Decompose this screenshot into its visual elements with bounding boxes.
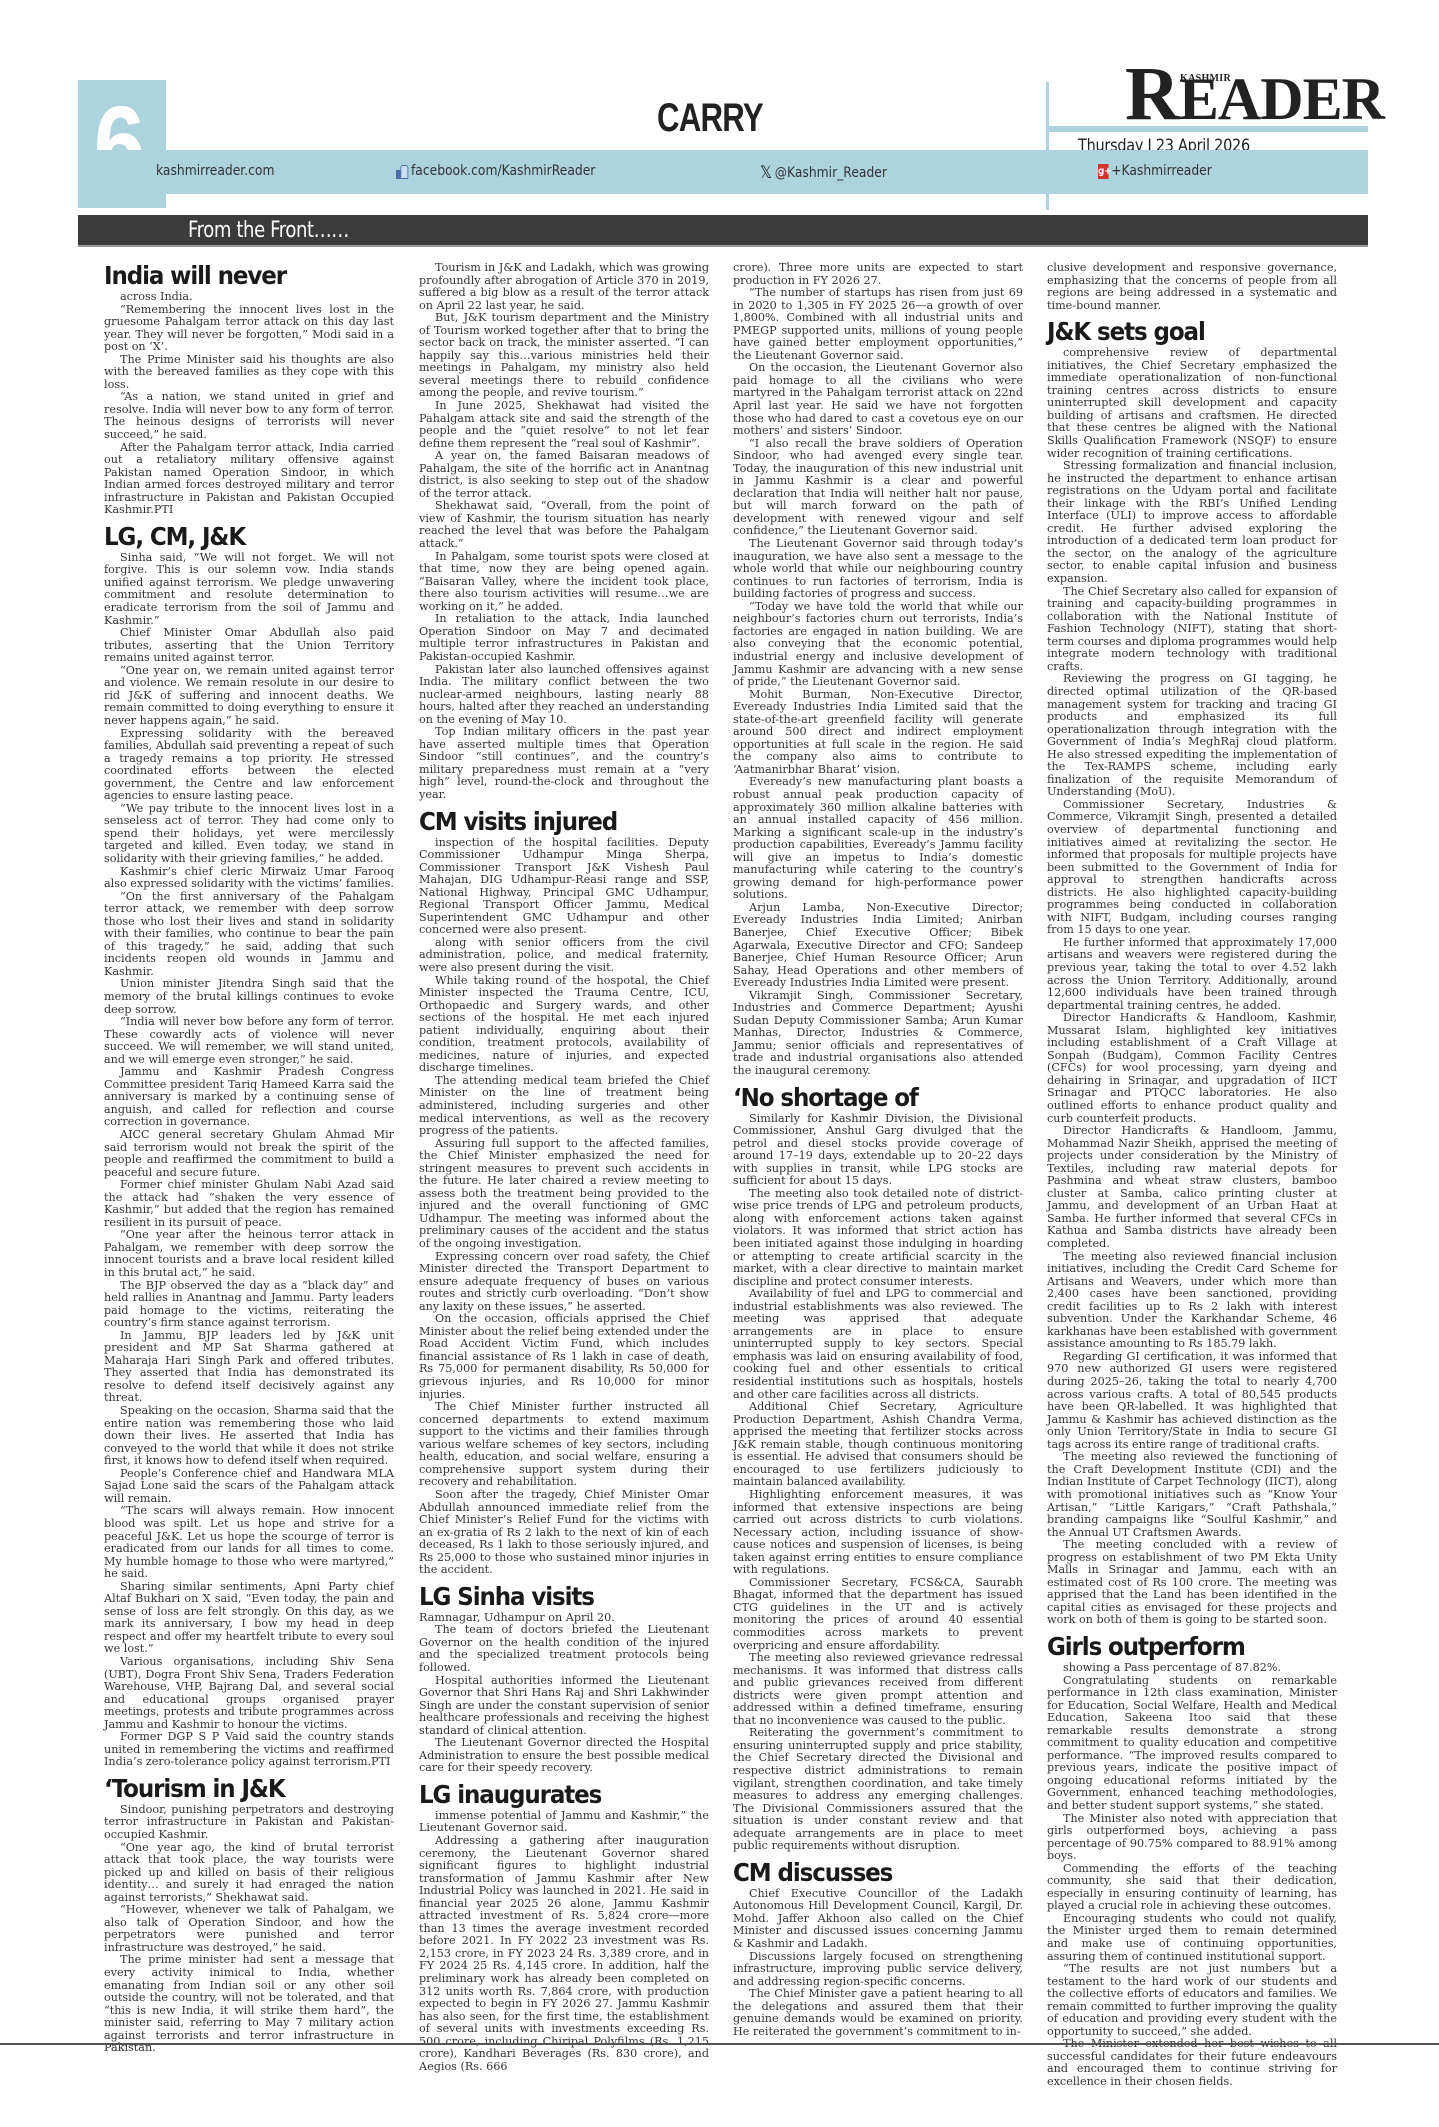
article-headline: ‘No shortage of (733, 1084, 1000, 1112)
article-paragraph: The Prime Minister said his thoughts are… (104, 354, 394, 392)
article-paragraph: Chief Executive Councillor of the Ladakh… (733, 1888, 1023, 1951)
article-paragraph: The Chief Minister further instructed al… (419, 1401, 709, 1489)
x-handle-label: @Kashmir_Reader (775, 165, 887, 181)
article-paragraph: “However, whenever we talk of Pahalgam, … (104, 1904, 394, 1954)
website-label: kashmirreader.com (156, 163, 274, 179)
article-paragraph: comprehensive review of departmental ini… (1047, 347, 1337, 460)
article-paragraph: People’s Conference chief and Handwara M… (104, 1468, 394, 1506)
facebook-label: facebook.com/KashmirReader (411, 163, 595, 179)
article-paragraph: Director Handicrafts & Handloom, Jammu, … (1047, 1125, 1337, 1250)
article-paragraph: Congratulating students on remarkable pe… (1047, 1675, 1337, 1813)
article-paragraph: immense potential of Jammu and Kashmir,”… (419, 1810, 709, 1835)
article-paragraph: Encouraging students who could not quali… (1047, 1913, 1337, 1963)
article-paragraph: AICC general secretary Ghulam Ahmad Mir … (104, 1129, 394, 1179)
article-paragraph: Highlighting enforcement measures, it wa… (733, 1489, 1023, 1577)
article-headline: LG inaugurates (419, 1781, 686, 1809)
article-paragraph: Commissioner Secretary, FCS&CA, Saurabh … (733, 1577, 1023, 1652)
article-column-4: clusive development and responsive gover… (1047, 262, 1337, 2089)
article-paragraph: Similarly for Kashmir Division, the Divi… (733, 1113, 1023, 1188)
article-paragraph: Shekhawat said, “Overall, from the point… (419, 500, 709, 550)
article-paragraph: After the Pahalgam terror attack, India … (104, 442, 394, 517)
article-paragraph: Soon after the tragedy, Chief Minister O… (419, 1489, 709, 1577)
article-paragraph: The attending medical team briefed the C… (419, 1075, 709, 1138)
article-paragraph: “Remembering the innocent lives lost in … (104, 304, 394, 354)
article-column-1: India will neveracross India.“Rememberin… (104, 262, 394, 2055)
article-paragraph: “One year ago, the kind of brutal terror… (104, 1842, 394, 1905)
article-paragraph: “On the first anniversary of the Pahalga… (104, 891, 394, 979)
article-paragraph: Pakistan later also launched offensives … (419, 664, 709, 727)
article-paragraph: “We pay tribute to the innocent lives lo… (104, 803, 394, 866)
article-headline: J&K sets goal (1047, 318, 1314, 346)
article-paragraph: The Chief Minister gave a patient hearin… (733, 1988, 1023, 2038)
article-headline: Girls outperform (1047, 1633, 1314, 1661)
article-paragraph: Regarding GI certification, it was infor… (1047, 1351, 1337, 1451)
logo-initial: R (1125, 52, 1179, 136)
article-paragraph: On the occasion, officials apprised the … (419, 1313, 709, 1401)
article-paragraph: “As a nation, we stand united in grief a… (104, 391, 394, 441)
x-link[interactable]: 𝕏 @Kashmir_Reader (760, 163, 887, 183)
article-paragraph: showing a Pass percentage of 87.82%. (1047, 1662, 1337, 1675)
article-paragraph: Jammu and Kashmir Pradesh Congress Commi… (104, 1066, 394, 1129)
article-paragraph: Addressing a gathering after inauguratio… (419, 1835, 709, 2073)
article-paragraph: Speaking on the occasion, Sharma said th… (104, 1405, 394, 1468)
article-paragraph: The meeting also reviewed grievance redr… (733, 1652, 1023, 1727)
article-paragraph: Union minister Jitendra Singh said that … (104, 978, 394, 1016)
article-paragraph: Reiterating the government’s commitment … (733, 1727, 1023, 1852)
article-paragraph: “India will never bow before any form of… (104, 1016, 394, 1066)
article-paragraph: across India. (104, 291, 394, 304)
article-headline: CM visits injured (419, 808, 686, 836)
article-paragraph: While taking round of the hospotal, the … (419, 975, 709, 1075)
article-paragraph: In Jammu, BJP leaders led by J&K unit pr… (104, 1330, 394, 1405)
article-paragraph: Tourism in J&K and Ladakh, which was gro… (419, 262, 709, 312)
article-headline: ‘Tourism in J&K (104, 1775, 371, 1803)
article-paragraph: Commissioner Secretary, Industries & Com… (1047, 799, 1337, 937)
article-paragraph: The BJP observed the day as a “black day… (104, 1280, 394, 1330)
article-paragraph: “The scars will always remain. How innoc… (104, 1505, 394, 1580)
article-paragraph: He further informed that approximately 1… (1047, 937, 1337, 1012)
article-paragraph: “The number of startups has risen from j… (733, 287, 1023, 362)
article-paragraph: Commending the efforts of the teaching c… (1047, 1863, 1337, 1913)
footer-rule (0, 2043, 1439, 2045)
facebook-link[interactable]: facebook.com/KashmirReader (396, 163, 595, 179)
article-paragraph: Vikramjit Singh, Commissioner Secretary,… (733, 990, 1023, 1078)
article-paragraph: Discussions largely focused on strengthe… (733, 1951, 1023, 1989)
article-paragraph: Kashmir’s chief cleric Mirwaiz Umar Faro… (104, 866, 394, 891)
article-paragraph: Chief Minister Omar Abdullah also paid t… (104, 627, 394, 665)
article-paragraph: The meeting also reviewed financial incl… (1047, 1251, 1337, 1351)
article-paragraph: The team of doctors briefed the Lieutena… (419, 1624, 709, 1674)
website-link[interactable]: kashmirreader.com (156, 163, 274, 179)
article-paragraph: Mohit Burman, Non-Executive Director, Ev… (733, 689, 1023, 777)
article-paragraph: In retaliation to the attack, India laun… (419, 613, 709, 663)
article-paragraph: The Lieutenant Governor said through tod… (733, 538, 1023, 601)
article-paragraph: clusive development and responsive gover… (1047, 262, 1337, 312)
article-paragraph: The prime minister had sent a message th… (104, 1954, 394, 2054)
article-paragraph: Various organisations, including Shiv Se… (104, 1656, 394, 1731)
article-paragraph: In Pahalgam, some tourist spots were clo… (419, 551, 709, 614)
article-paragraph: along with senior officers from the civi… (419, 937, 709, 975)
article-column-3: crore). Three more units are expected to… (733, 262, 1023, 2038)
article-paragraph: Director Handicrafts & Handloom, Kashmir… (1047, 1012, 1337, 1125)
article-paragraph: The meeting concluded with a review of p… (1047, 1539, 1337, 1627)
article-paragraph: “Today we have told the world that while… (733, 601, 1023, 689)
article-column-2: Tourism in J&K and Ladakh, which was gro… (419, 262, 709, 2073)
article-paragraph: But, J&K tourism department and the Mini… (419, 312, 709, 400)
section-banner-label: From the Front…… (188, 216, 349, 246)
article-paragraph: Sinha said, “We will not forget. We will… (104, 552, 394, 627)
article-paragraph: A year on, the famed Baisaran meadows of… (419, 450, 709, 500)
article-paragraph: Eveready’s new manufacturing plant boast… (733, 776, 1023, 901)
x-logo-icon: 𝕏 (760, 163, 772, 183)
article-paragraph: Reviewing the progress on GI tagging, he… (1047, 673, 1337, 798)
article-headline: CM discusses (733, 1859, 1000, 1887)
article-paragraph: Former chief minister Ghulam Nabi Azad s… (104, 1179, 394, 1229)
article-paragraph: Assuring full support to the affected fa… (419, 1138, 709, 1251)
article-headline: India will never (104, 262, 371, 290)
article-headline: LG, CM, J&K (104, 523, 371, 551)
article-paragraph: Expressing solidarity with the bereaved … (104, 728, 394, 803)
article-paragraph: Availability of fuel and LPG to commerci… (733, 1288, 1023, 1401)
article-paragraph: Sindoor, punishing perpetrators and dest… (104, 1804, 394, 1842)
article-paragraph: The meeting also took detailed note of d… (733, 1188, 1023, 1288)
google-plus-icon: g+ (1098, 164, 1109, 179)
article-paragraph: Top Indian military officers in the past… (419, 726, 709, 801)
logo-underline (1046, 126, 1368, 132)
article-paragraph: On the occasion, the Lieutenant Governor… (733, 362, 1023, 437)
article-paragraph: The Minister also noted with appreciatio… (1047, 1813, 1337, 1863)
article-paragraph: Stressing formalization and financial in… (1047, 460, 1337, 585)
newspaper-logo: READER (1125, 62, 1384, 131)
article-paragraph: Expressing concern over road safety, the… (419, 1251, 709, 1314)
article-paragraph: “The results are not just numbers but a … (1047, 1963, 1337, 2038)
article-paragraph: Hospital authorities informed the Lieute… (419, 1675, 709, 1738)
facebook-like-icon (396, 163, 408, 179)
article-paragraph: “One year after the heinous terror attac… (104, 1229, 394, 1279)
article-paragraph: The Lieutenant Governor directed the Hos… (419, 1737, 709, 1775)
section-title: CARRY (593, 96, 827, 141)
logo-kashmir-label: KASHMIR (1180, 73, 1231, 84)
article-paragraph: inspection of the hospital facilities. D… (419, 837, 709, 937)
article-paragraph: The Minister extended her best wishes to… (1047, 2038, 1337, 2088)
article-paragraph: crore). Three more units are expected to… (733, 262, 1023, 287)
article-paragraph: “One year on, we remain united against t… (104, 665, 394, 728)
article-paragraph: Arjun Lamba, Non-Executive Director; Eve… (733, 902, 1023, 990)
article-paragraph: The meeting also reviewed the functionin… (1047, 1451, 1337, 1539)
article-paragraph: “I also recall the brave soldiers of Ope… (733, 438, 1023, 538)
article-headline: LG Sinha visits (419, 1583, 686, 1611)
gplus-link[interactable]: g+ +Kashmirreader (1098, 163, 1212, 179)
article-paragraph: The Chief Secretary also called for expa… (1047, 586, 1337, 674)
article-paragraph: Sharing similar sentiments, Apni Party c… (104, 1581, 394, 1656)
article-paragraph: Former DGP S P Vaid said the country sta… (104, 1731, 394, 1769)
gplus-label: +Kashmirreader (1111, 163, 1212, 179)
article-paragraph: In June 2025, Shekhawat had visited the … (419, 400, 709, 450)
article-paragraph: Additional Chief Secretary, Agriculture … (733, 1401, 1023, 1489)
